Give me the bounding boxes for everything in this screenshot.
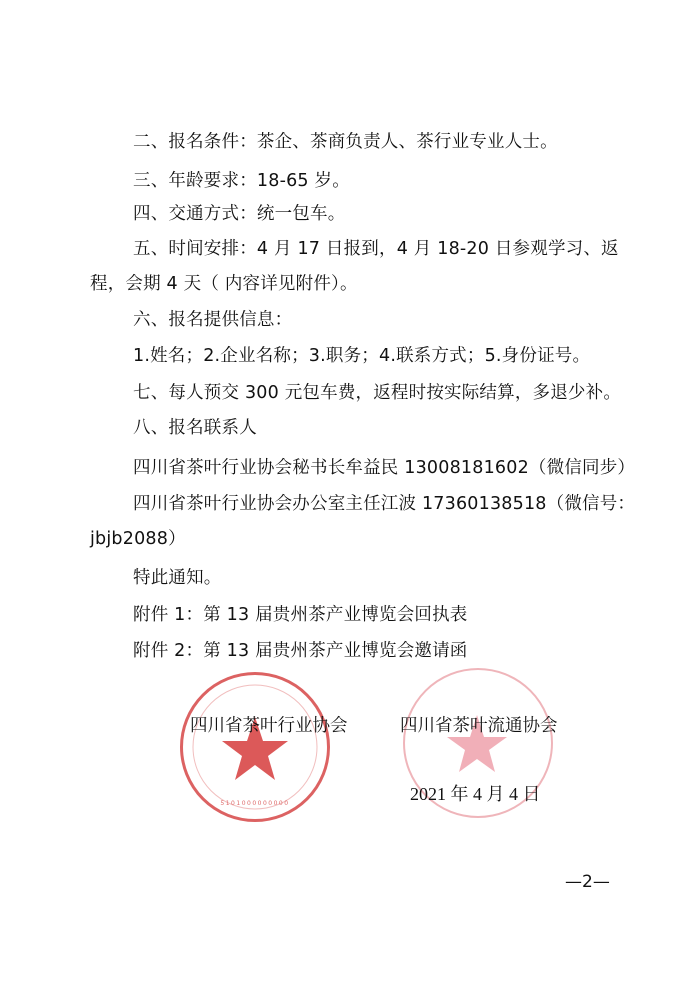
contact-person-1: 四川省茶叶行业协会秘书长牟益民 13008181602（微信同步） (133, 457, 635, 479)
signature-org-right: 四川省茶叶流通协会 (400, 715, 558, 737)
contact-title: 八、报名联系人 (133, 417, 257, 439)
svg-text:5101000000000: 5101000000000 (220, 800, 289, 807)
seal-tea-industry-association: 5101000000000 (180, 672, 330, 822)
schedule-line-1: 五、时间安排：4 月 17 日报到，4 月 18-20 日参观学习、返 (133, 238, 619, 260)
page-number: —2— (565, 872, 610, 892)
contact-person-2-wechat: jbjb2088） (90, 528, 186, 550)
seal-star-icon: 5101000000000 (183, 675, 333, 825)
schedule-line-2: 程，会期 4 天（ 内容详见附件）。 (90, 273, 358, 295)
info-items: 1.姓名；2.企业名称；3.职务；4.联系方式；5.身份证号。 (133, 345, 590, 367)
attachment-1: 附件 1：第 13 届贵州茶产业博览会回执表 (133, 604, 468, 626)
notice-text: 特此通知。 (133, 567, 222, 589)
fee-note: 七、每人预交 300 元包车费，返程时按实际结算，多退少补。 (133, 382, 621, 404)
transportation: 四、交通方式：统一包车。 (133, 203, 345, 225)
age-requirement: 三、年龄要求：18-65 岁。 (133, 170, 350, 192)
document-page: 二、报名条件：茶企、茶商负责人、茶行业专业人士。 三、年龄要求：18-65 岁。… (0, 0, 700, 990)
info-title: 六、报名提供信息： (133, 309, 292, 331)
contact-person-2: 四川省茶叶行业协会办公室主任江波 17360138518（微信号： (133, 493, 635, 515)
signature-date: 2021 年 4 月 4 日 (410, 780, 541, 806)
registration-requirements: 二、报名条件：茶企、茶商负责人、茶行业专业人士。 (133, 131, 558, 153)
signature-org-left: 四川省茶叶行业协会 (190, 715, 348, 737)
attachment-2: 附件 2：第 13 届贵州茶产业博览会邀请函 (133, 640, 468, 662)
